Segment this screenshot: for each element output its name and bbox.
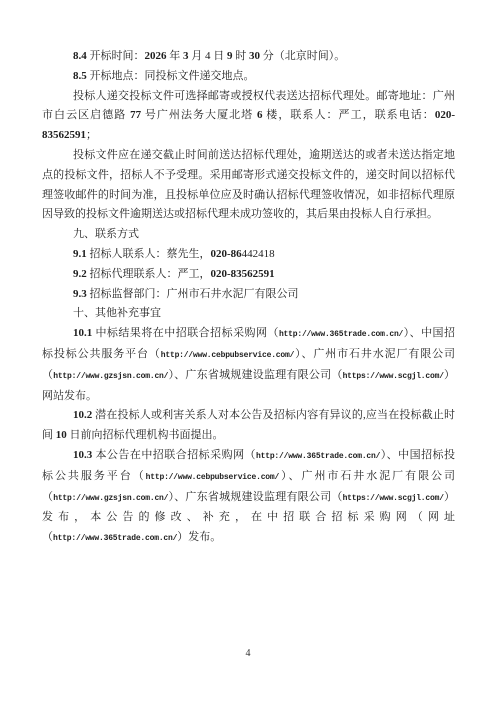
text-segment: ）发布。 (177, 531, 221, 543)
text-segment: 九、联系方式 (73, 228, 139, 240)
text-segment: 本公告在中招联合招标采购网（ (95, 449, 256, 461)
text-segment: 442418 (242, 248, 275, 260)
text-segment: 月 (191, 50, 205, 62)
text-segment: 10.2 (73, 409, 95, 421)
url-text: https://www.scgjl.com/ (343, 372, 444, 381)
paragraph: 9.2 招标代理联系人：严工，020-83562591 (42, 265, 455, 285)
text-segment: 10.3 (73, 449, 95, 461)
text-segment: 投标文件应在递交截止时间前送达招标代理处，逾期送达的或者未送达指定地点的投标文件… (42, 149, 455, 220)
paragraph: 10.1 中标结果将在中招联合招标采购网（http://www.365trade… (42, 324, 455, 406)
text-segment: 中标结果将在中招联合招标采购网（ (95, 327, 278, 339)
text-segment: 6 (257, 109, 266, 121)
paragraph: 8.5 开标地点：同投标文件递交地点。 (42, 67, 455, 87)
text-segment: 9.2 (73, 268, 90, 280)
text-segment: ）、广东省城规建设监理有限公司（ (168, 491, 342, 503)
paragraph: 10.3 本公告在中招联合招标采购网（http://www.365trade.c… (42, 446, 455, 549)
text-segment: 2026 (145, 50, 170, 62)
text-segment: 10.1 (73, 327, 95, 339)
document-page: 8.4 开标时间：2026 年 3 月 4 日 9 时 30 分（北京时间）。8… (0, 0, 496, 702)
text-segment: 9.1 (73, 248, 90, 260)
text-segment: ）、广东省城规建设监理有限公司（ (168, 369, 342, 381)
text-segment: 招标人联系人：蔡先生， (90, 248, 211, 260)
paragraph: 九、联系方式 (42, 225, 455, 245)
url-text: http://www.gzsjsn.com.cn/ (53, 372, 168, 381)
text-segment: 10 (56, 429, 70, 441)
text-segment: 十、其他补充事宜 (73, 307, 161, 319)
text-segment: 开标地点：同投标文件递交地点。 (90, 70, 255, 82)
text-segment: 号广州法务大厦北塔 (145, 109, 257, 121)
text-segment: ； (86, 129, 97, 141)
text-segment: 9.3 (73, 288, 90, 300)
text-segment: 8.5 (73, 70, 90, 82)
text-segment: 020-83562591 (211, 268, 275, 280)
paragraph: 9.3 招标监督部门：广州市石井水泥厂有限公司 (42, 285, 455, 305)
url-text: http://www.365trade.com.cn/ (256, 452, 380, 461)
text-segment: 楼，联系人：严工，联系电话： (266, 109, 435, 121)
text-segment: 3 (183, 50, 191, 62)
url-text: http://www.365trade.com.cn/ (53, 534, 177, 543)
text-segment: 年 (169, 50, 183, 62)
page-number: 4 (0, 648, 496, 664)
document-content: 8.4 开标时间：2026 年 3 月 4 日 9 时 30 分（北京时间）。8… (42, 47, 455, 549)
text-segment: 开标时间： (90, 50, 145, 62)
text-segment: 9 (227, 50, 235, 62)
text-segment: 30 (249, 50, 263, 62)
url-text: http://www.365trade.com.cn/ (279, 330, 403, 339)
paragraph: 9.1 招标人联系人：蔡先生，020-86442418 (42, 245, 455, 265)
url-text: http://www.gzsjsn.com.cn/ (53, 494, 168, 503)
paragraph: 8.4 开标时间：2026 年 3 月 4 日 9 时 30 分（北京时间）。 (42, 47, 455, 67)
url-text: http://www.cebpubservice.com/ (146, 473, 279, 482)
paragraph: 10.2 潜在投标人或利害关系人对本公告及招标内容有异议的,应当在投标截止时间 … (42, 406, 455, 446)
text-segment: 日 (213, 50, 227, 62)
text-segment: 招标监督部门：广州市石井水泥厂有限公司 (90, 288, 299, 300)
text-segment: 77 (130, 109, 145, 121)
text-segment: 4 (205, 50, 213, 62)
paragraph: 投标人递交投标文件可选择邮寄或授权代表送达招标代理处。邮寄地址：广州市白云区启德… (42, 87, 455, 146)
paragraph: 十、其他补充事宜 (42, 304, 455, 324)
url-text: http://www.cebpubservice.com/ (161, 351, 294, 360)
text-segment: 日前向招标代理机构书面提出。 (70, 429, 224, 441)
text-segment: 8.4 (73, 50, 90, 62)
text-segment: 020-86 (211, 248, 242, 260)
url-text: https://www.scgjl.com/ (343, 494, 444, 503)
text-segment: 时 (235, 50, 249, 62)
paragraph: 投标文件应在递交截止时间前送达招标代理处，逾期送达的或者未送达指定地点的投标文件… (42, 146, 455, 225)
text-segment: 分（北京时间）。 (263, 50, 346, 62)
text-segment: 招标代理联系人：严工， (90, 268, 211, 280)
